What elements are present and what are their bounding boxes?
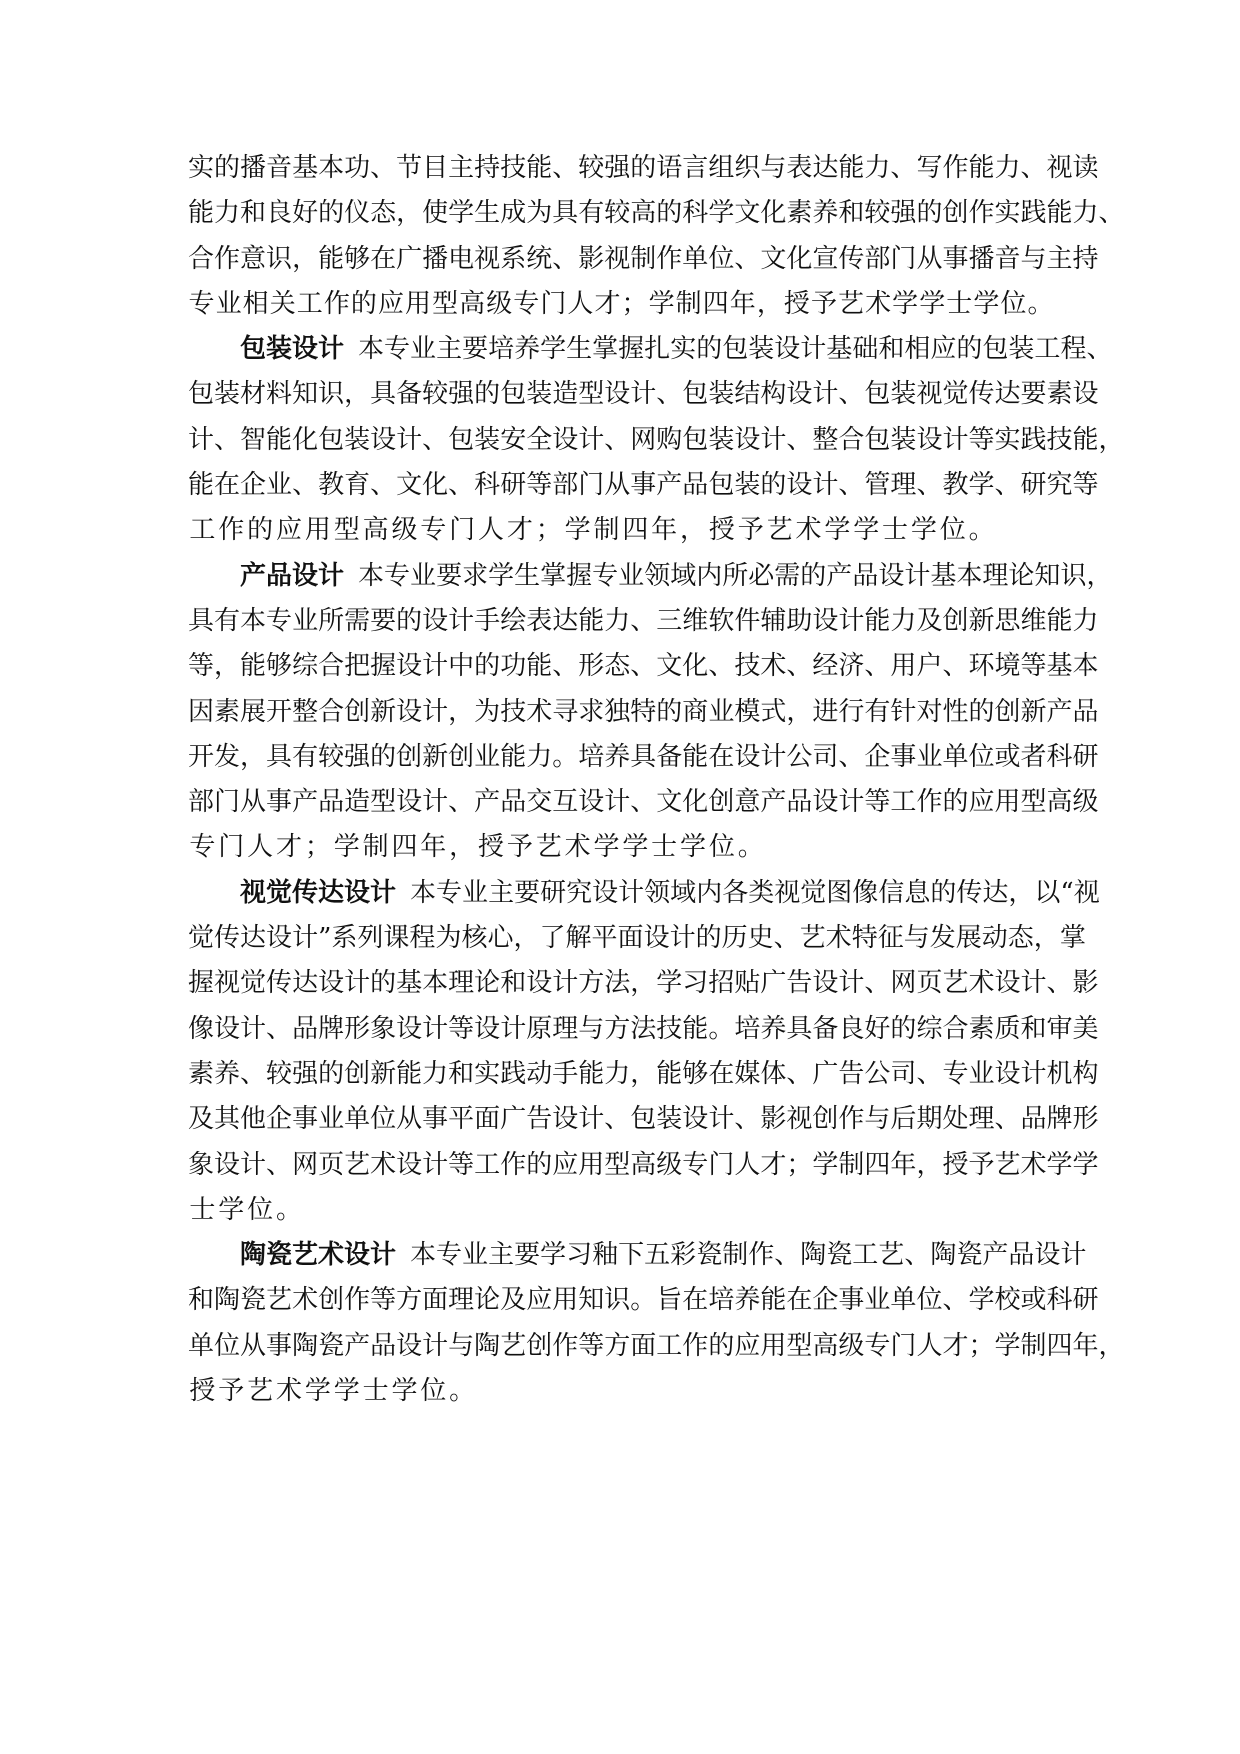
text-line: 觉传达设计”系列课程为核心，了解平面设计的历史、艺术特征与发展动态，掌: [188, 916, 1054, 961]
text-line: 合作意识，能够在广播电视系统、影视制作单位、文化宣传部门从事播音与主持: [188, 237, 1054, 282]
text-line: 专门人才；学制四年，授予艺术学学士学位。: [188, 825, 1054, 870]
text-segment: 本专业主要培养学生掌握扎实的包装设计基础和相应的包装工程、: [358, 327, 1112, 372]
indent: [188, 554, 240, 599]
text-line: 专业相关工作的应用型高级专门人才；学制四年，授予艺术学学士学位。: [188, 282, 1054, 327]
document-page: 实的播音基本功、节目主持技能、较强的语言组织与表达能力、写作能力、视读 能力和良…: [188, 146, 1054, 1414]
text-segment: 本专业主要研究设计领域内各类视觉图像信息的传达，以“视: [410, 871, 1100, 916]
major-heading: 视觉传达设计: [240, 871, 396, 916]
text-segment: 本专业要求学生掌握专业领域内所必需的产品设计基本理论知识，: [358, 554, 1112, 599]
text-line: 素养、较强的创新能力和实践动手能力，能够在媒体、广告公司、专业设计机构: [188, 1052, 1054, 1097]
text-line: 能在企业、教育、文化、科研等部门从事产品包装的设计、管理、教学、研究等: [188, 463, 1054, 508]
indent: [188, 1233, 240, 1278]
indent: [188, 327, 240, 372]
text-line: 包装材料知识，具备较强的包装造型设计、包装结构设计、包装视觉传达要素设: [188, 372, 1054, 417]
text-line: 计、智能化包装设计、包装安全设计、网购包装设计、整合包装设计等实践技能，: [188, 418, 1054, 463]
text-line: 开发，具有较强的创新创业能力。培养具备能在设计公司、企事业单位或者科研: [188, 735, 1054, 780]
text-line: 部门从事产品造型设计、产品交互设计、文化创意产品设计等工作的应用型高级: [188, 780, 1054, 825]
major-heading: 包装设计: [240, 327, 344, 372]
major-heading: 陶瓷艺术设计: [240, 1233, 396, 1278]
text-line: 握视觉传达设计的基本理论和设计方法，学习招贴广告设计、网页艺术设计、影: [188, 961, 1054, 1006]
text-line: 等，能够综合把握设计中的功能、形态、文化、技术、经济、用户、环境等基本: [188, 644, 1054, 689]
text-line: 实的播音基本功、节目主持技能、较强的语言组织与表达能力、写作能力、视读: [188, 146, 1054, 191]
text-line: 和陶瓷艺术创作等方面理论及应用知识。旨在培养能在企事业单位、学校或科研: [188, 1278, 1054, 1323]
paragraph-product-design: 产品设计 本专业要求学生掌握专业领域内所必需的产品设计基本理论知识， 具有本专业…: [188, 554, 1054, 871]
text-line: 因素展开整合创新设计，为技术寻求独特的商业模式，进行有针对性的创新产品: [188, 690, 1054, 735]
paragraph-packaging-design: 包装设计 本专业主要培养学生掌握扎实的包装设计基础和相应的包装工程、 包装材料知…: [188, 327, 1054, 553]
text-segment: 本专业主要学习釉下五彩瓷制作、陶瓷工艺、陶瓷产品设计: [410, 1233, 1086, 1278]
text-line: 士学位。: [188, 1188, 1054, 1233]
indent: [188, 871, 240, 916]
text-line: 授予艺术学学士学位。: [188, 1369, 1054, 1414]
text-line: 能力和良好的仪态，使学生成为具有较高的科学文化素养和较强的创作实践能力、: [188, 191, 1054, 236]
text-line: 陶瓷艺术设计 本专业主要学习釉下五彩瓷制作、陶瓷工艺、陶瓷产品设计: [188, 1233, 1054, 1278]
text-line: 产品设计 本专业要求学生掌握专业领域内所必需的产品设计基本理论知识，: [188, 554, 1054, 599]
major-heading: 产品设计: [240, 554, 344, 599]
text-line: 包装设计 本专业主要培养学生掌握扎实的包装设计基础和相应的包装工程、: [188, 327, 1054, 372]
paragraph-ceramic-art-design: 陶瓷艺术设计 本专业主要学习釉下五彩瓷制作、陶瓷工艺、陶瓷产品设计 和陶瓷艺术创…: [188, 1233, 1054, 1414]
paragraph-visual-communication-design: 视觉传达设计 本专业主要研究设计领域内各类视觉图像信息的传达，以“视 觉传达设计…: [188, 871, 1054, 1233]
text-line: 具有本专业所需要的设计手绘表达能力、三维软件辅助设计能力及创新思维能力: [188, 599, 1054, 644]
text-line: 象设计、网页艺术设计等工作的应用型高级专门人才；学制四年，授予艺术学学: [188, 1143, 1054, 1188]
text-line: 视觉传达设计 本专业主要研究设计领域内各类视觉图像信息的传达，以“视: [188, 871, 1054, 916]
paragraph-broadcasting-continuation: 实的播音基本功、节目主持技能、较强的语言组织与表达能力、写作能力、视读 能力和良…: [188, 146, 1054, 327]
text-line: 及其他企事业单位从事平面广告设计、包装设计、影视创作与后期处理、品牌形: [188, 1097, 1054, 1142]
text-line: 工作的应用型高级专门人才；学制四年，授予艺术学学士学位。: [188, 508, 1054, 553]
text-line: 像设计、品牌形象设计等设计原理与方法技能。培养具备良好的综合素质和审美: [188, 1007, 1054, 1052]
text-line: 单位从事陶瓷产品设计与陶艺创作等方面工作的应用型高级专门人才；学制四年，: [188, 1324, 1054, 1369]
